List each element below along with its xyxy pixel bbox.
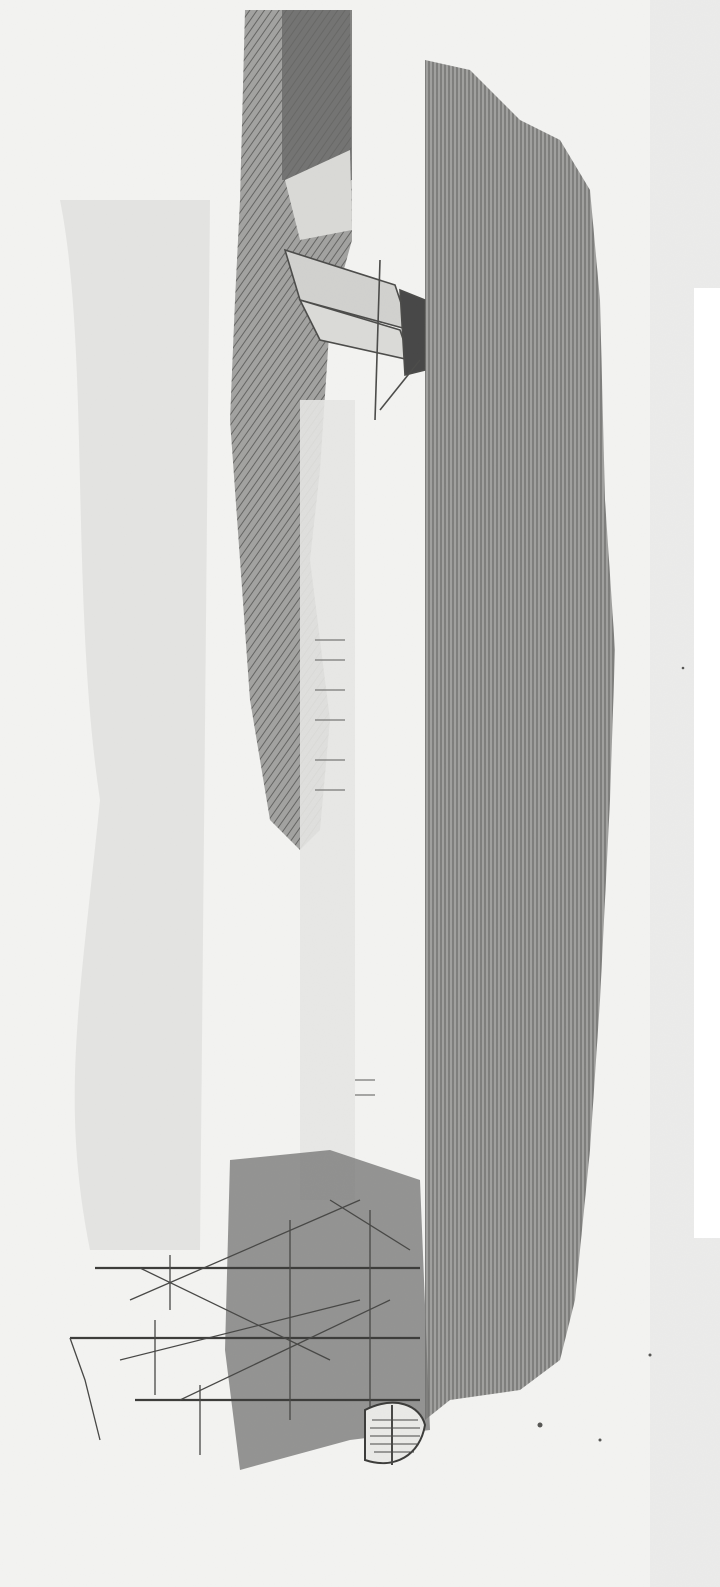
scan-margin: [694, 288, 720, 1238]
harbor-engraving: [0, 0, 720, 1587]
caption: [4, 1448, 244, 1472]
